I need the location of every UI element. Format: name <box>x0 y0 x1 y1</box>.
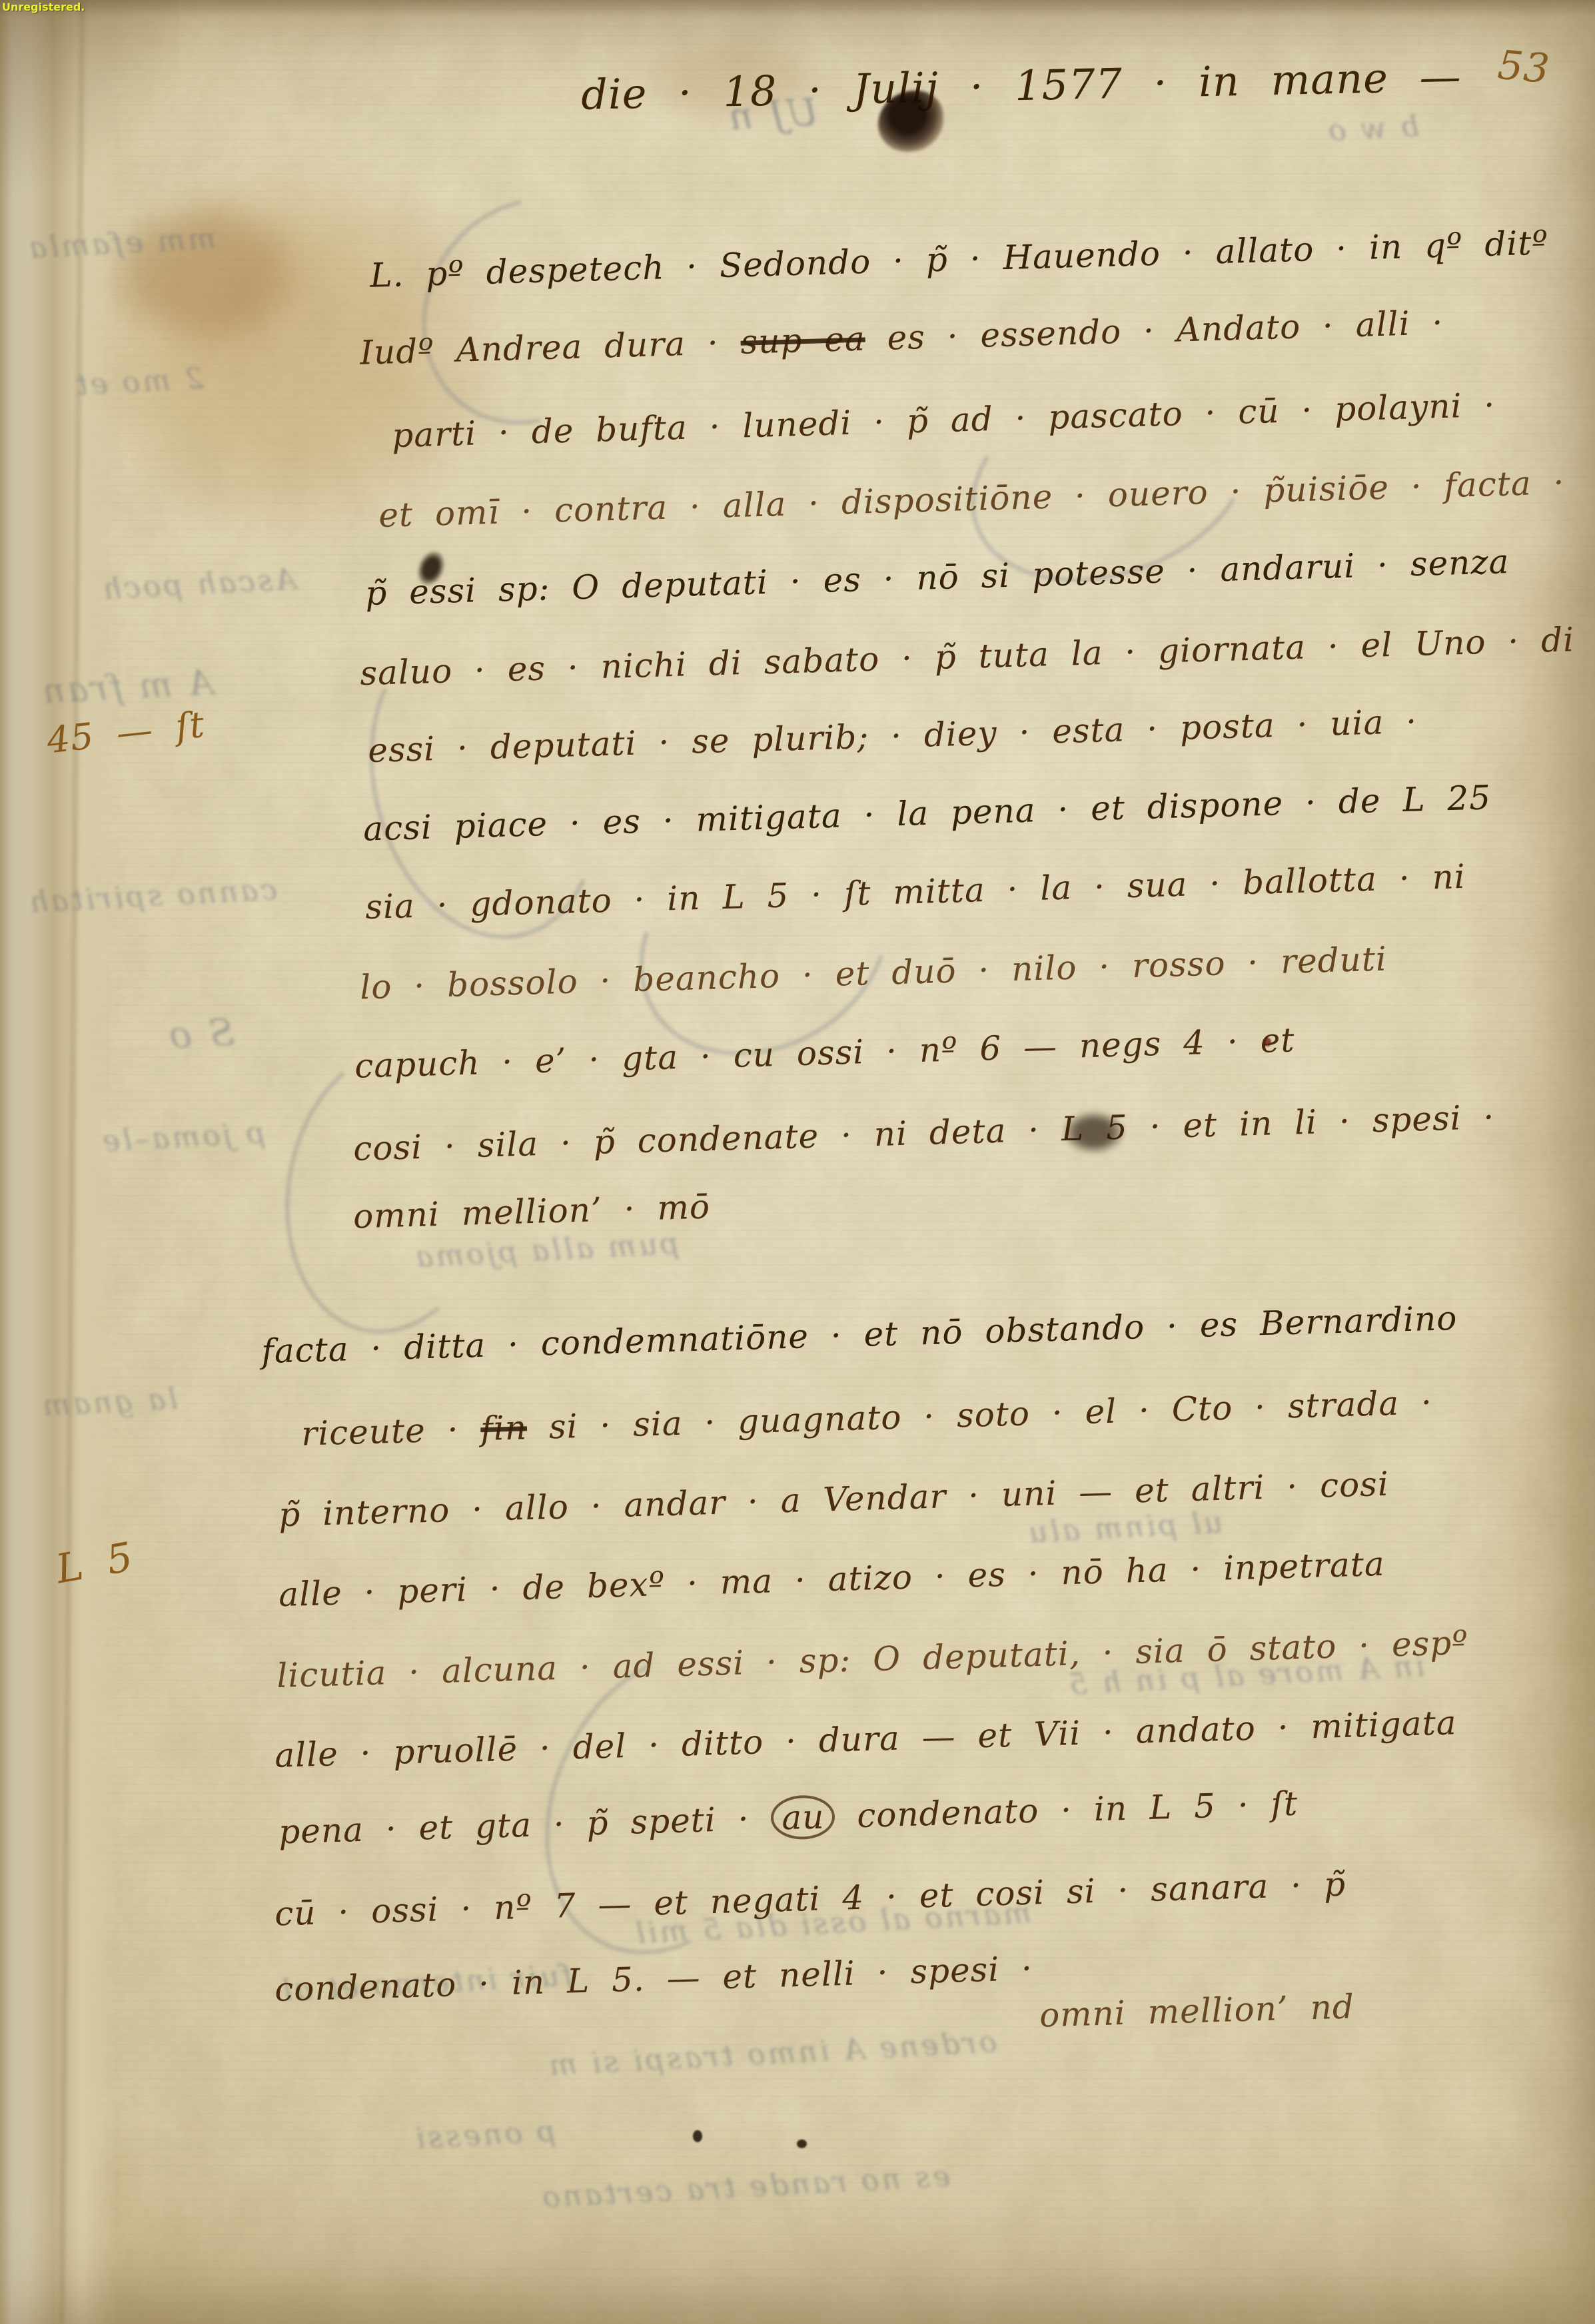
scan-vignette <box>0 0 1595 2324</box>
scanner-watermark: Unregistered. <box>2 1 85 13</box>
